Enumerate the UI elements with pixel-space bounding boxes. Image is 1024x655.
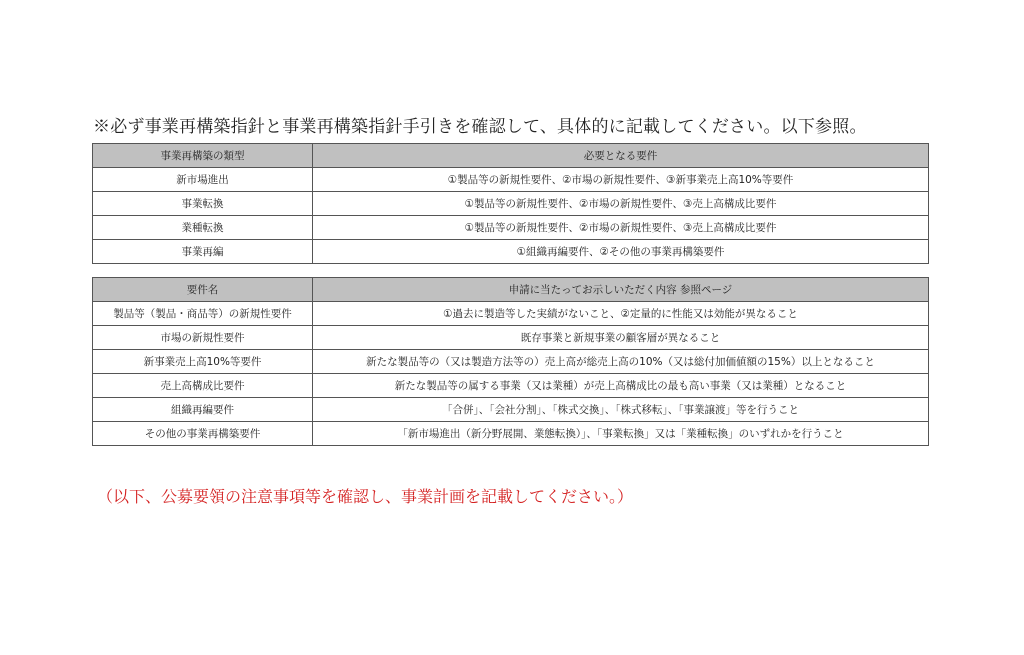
content-cell: 「新市場進出（新分野展開、業態転換）」、「事業転換」又は「業種転換」のいずれかを…	[313, 422, 929, 446]
requirements-cell: ①製品等の新規性要件、②市場の新規性要件、③売上高構成比要件	[313, 216, 929, 240]
table-row: 業種転換 ①製品等の新規性要件、②市場の新規性要件、③売上高構成比要件	[93, 216, 929, 240]
table-row: 市場の新規性要件 既存事業と新規事業の顧客層が異なること	[93, 326, 929, 350]
document-page: ※必ず事業再構築指針と事業再構築指針手引きを確認して、具体的に記載してください。…	[0, 0, 1024, 655]
column-header-requirement-name: 要件名	[93, 278, 313, 302]
column-header-content: 申請に当たってお示しいただく内容 参照ページ	[313, 278, 929, 302]
table-row: 新事業売上高10%等要件 新たな製品等の（又は製造方法等の）売上高が総売上高の1…	[93, 350, 929, 374]
content-cell: 新たな製品等の（又は製造方法等の）売上高が総売上高の10%（又は総付加価値額の1…	[313, 350, 929, 374]
content-cell: 既存事業と新規事業の顧客層が異なること	[313, 326, 929, 350]
type-cell: 事業再編	[93, 240, 313, 264]
content-cell: 新たな製品等の属する事業（又は業種）が売上高構成比の最も高い事業（又は業種）とな…	[313, 374, 929, 398]
content-cell: 「合併」、「会社分割」、「株式交換」、「株式移転」、「事業譲渡」等を行うこと	[313, 398, 929, 422]
column-header-type: 事業再構築の類型	[93, 144, 313, 168]
table-header-row: 事業再構築の類型 必要となる要件	[93, 144, 929, 168]
table-row: 組織再編要件 「合併」、「会社分割」、「株式交換」、「株式移転」、「事業譲渡」等…	[93, 398, 929, 422]
table-row: その他の事業再構築要件 「新市場進出（新分野展開、業態転換）」、「事業転換」又は…	[93, 422, 929, 446]
table-row: 売上高構成比要件 新たな製品等の属する事業（又は業種）が売上高構成比の最も高い事…	[93, 374, 929, 398]
requirements-cell: ①組織再編要件、②その他の事業再構築要件	[313, 240, 929, 264]
table-row: 新市場進出 ①製品等の新規性要件、②市場の新規性要件、③新事業売上高10%等要件	[93, 168, 929, 192]
column-header-requirements: 必要となる要件	[313, 144, 929, 168]
requirement-name-cell: 新事業売上高10%等要件	[93, 350, 313, 374]
intro-instruction: ※必ず事業再構築指針と事業再構築指針手引きを確認して、具体的に記載してください。…	[93, 112, 867, 137]
requirement-name-cell: 組織再編要件	[93, 398, 313, 422]
requirement-name-cell: 製品等（製品・商品等）の新規性要件	[93, 302, 313, 326]
content-cell: ①過去に製造等した実績がないこと、②定量的に性能又は効能が異なること	[313, 302, 929, 326]
requirements-cell: ①製品等の新規性要件、②市場の新規性要件、③新事業売上高10%等要件	[313, 168, 929, 192]
table-row: 事業転換 ①製品等の新規性要件、②市場の新規性要件、③売上高構成比要件	[93, 192, 929, 216]
red-instruction-note: （以下、公募要領の注意事項等を確認し、事業計画を記載してください。）	[97, 484, 633, 507]
requirement-detail-table: 要件名 申請に当たってお示しいただく内容 参照ページ 製品等（製品・商品等）の新…	[92, 277, 929, 446]
type-cell: 事業転換	[93, 192, 313, 216]
requirement-name-cell: その他の事業再構築要件	[93, 422, 313, 446]
requirements-cell: ①製品等の新規性要件、②市場の新規性要件、③売上高構成比要件	[313, 192, 929, 216]
restructuring-type-table: 事業再構築の類型 必要となる要件 新市場進出 ①製品等の新規性要件、②市場の新規…	[92, 143, 929, 264]
requirement-name-cell: 売上高構成比要件	[93, 374, 313, 398]
table-header-row: 要件名 申請に当たってお示しいただく内容 参照ページ	[93, 278, 929, 302]
table-row: 製品等（製品・商品等）の新規性要件 ①過去に製造等した実績がないこと、②定量的に…	[93, 302, 929, 326]
type-cell: 新市場進出	[93, 168, 313, 192]
table-row: 事業再編 ①組織再編要件、②その他の事業再構築要件	[93, 240, 929, 264]
type-cell: 業種転換	[93, 216, 313, 240]
requirement-name-cell: 市場の新規性要件	[93, 326, 313, 350]
